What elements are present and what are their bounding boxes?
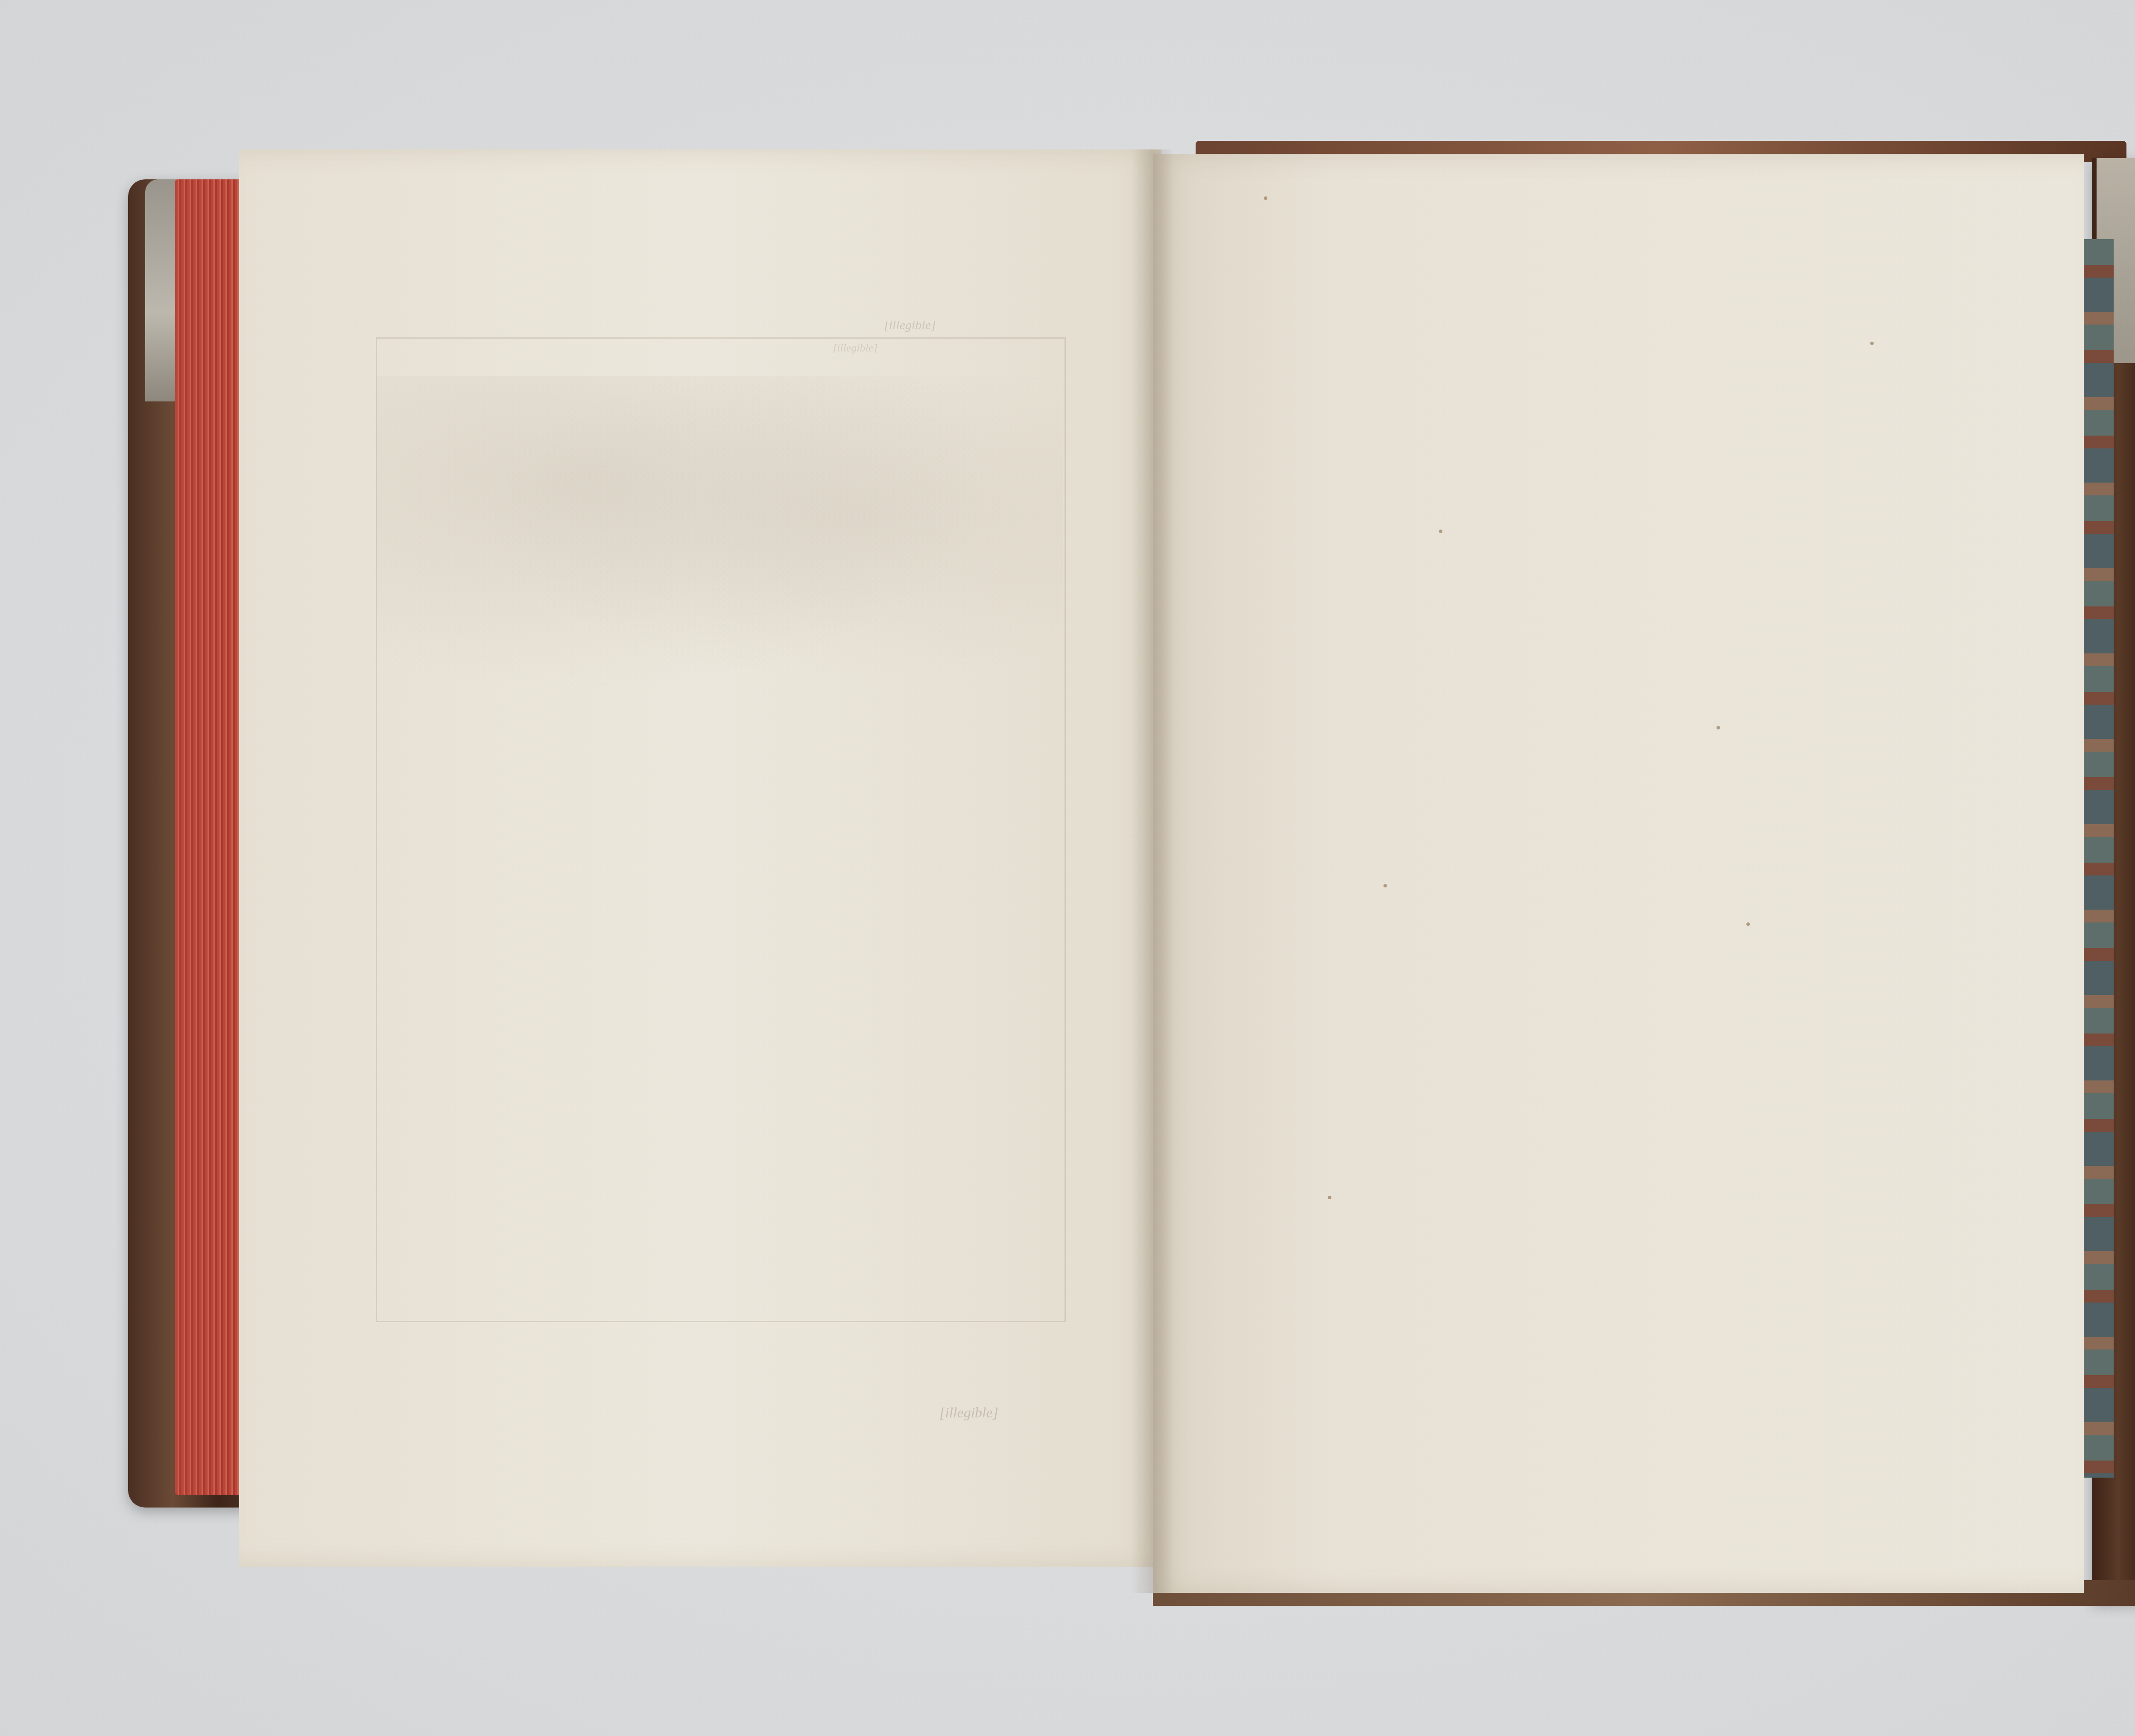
offset-heading-text: [illegible] bbox=[884, 318, 1067, 333]
offset-engraving-ghost bbox=[376, 376, 1063, 726]
foxing-spot bbox=[1870, 342, 1874, 345]
book-gutter bbox=[1132, 149, 1174, 1593]
foxing-spot bbox=[1439, 530, 1442, 533]
foxing-spot bbox=[1746, 922, 1750, 926]
foxing-spot bbox=[1264, 196, 1267, 200]
foxing-spot bbox=[1328, 1196, 1331, 1199]
foxing-spot bbox=[1383, 884, 1387, 887]
marbled-endpaper-strip bbox=[2084, 239, 2114, 1478]
foxing-spot bbox=[1717, 726, 1720, 729]
offset-page-mark: [illegible] bbox=[939, 1405, 998, 1421]
offset-subheading-text: [illegible] bbox=[833, 342, 1072, 354]
right-page bbox=[1153, 154, 2084, 1593]
